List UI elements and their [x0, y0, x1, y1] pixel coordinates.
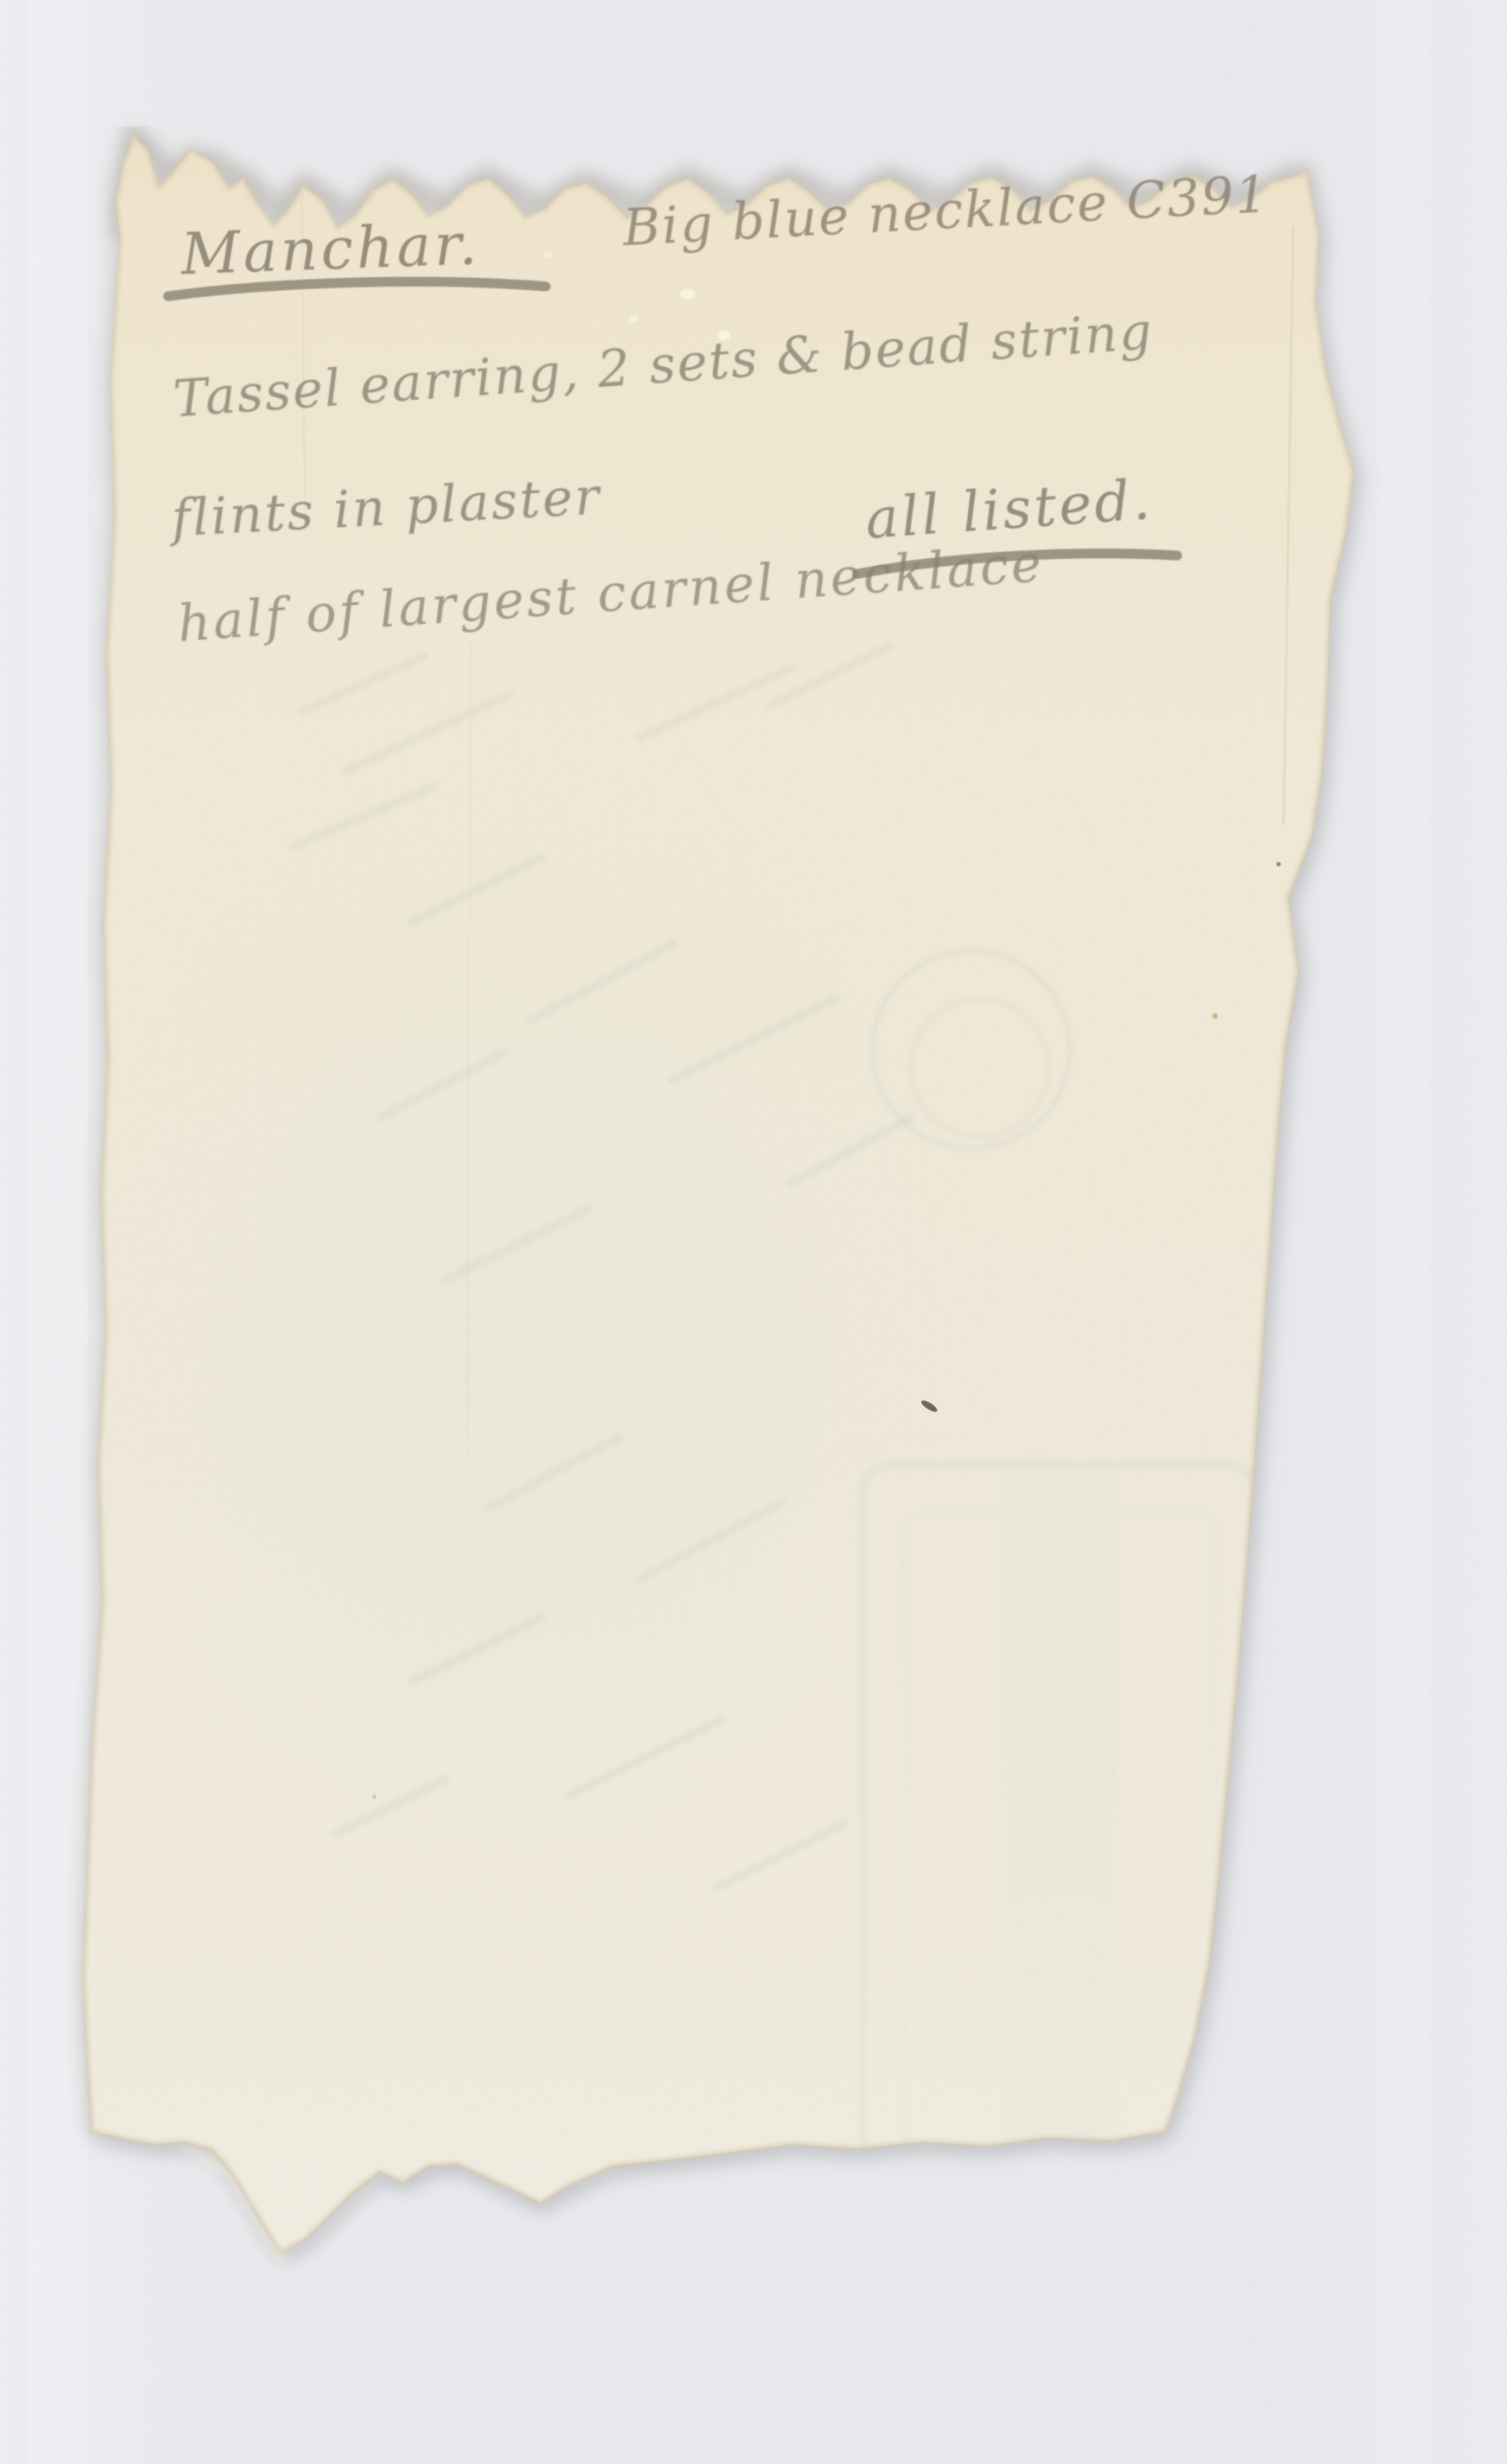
scanned-note-image: Manchar. Big blue necklace C391 Tassel e… — [0, 0, 1507, 2464]
scan-grain-texture — [0, 0, 1507, 2464]
scan-canvas: Manchar. Big blue necklace C391 Tassel e… — [0, 0, 1507, 2464]
